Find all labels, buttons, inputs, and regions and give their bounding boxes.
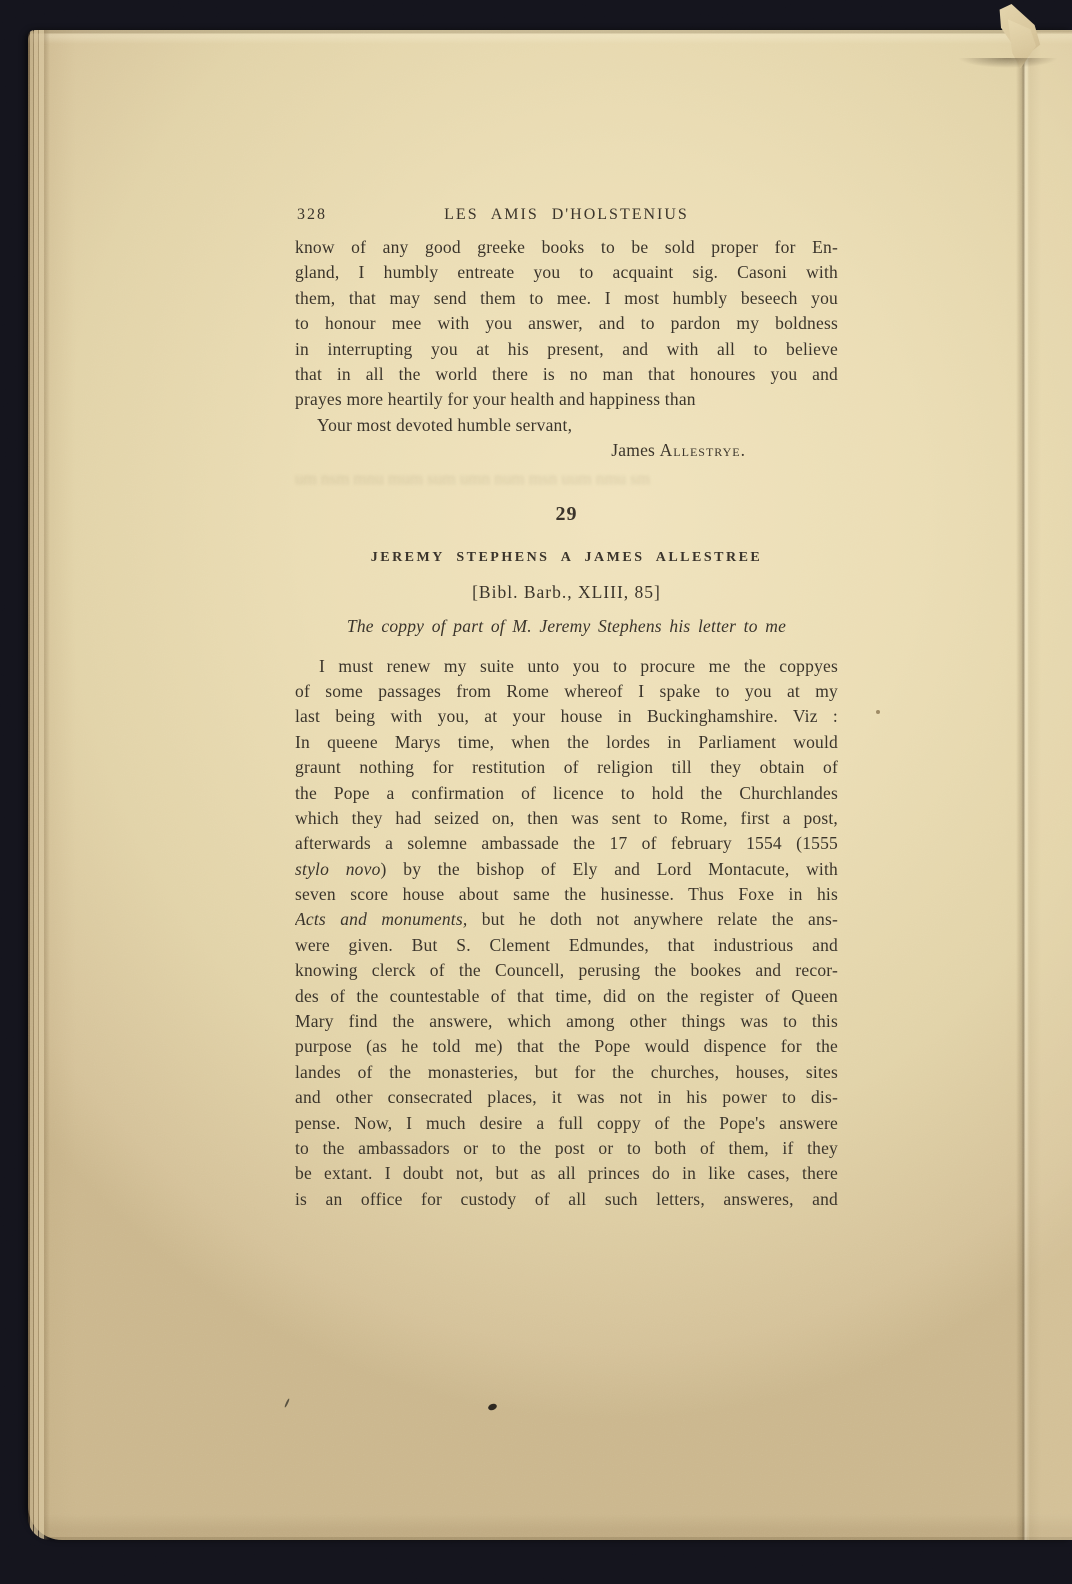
text-line: know of any good greeke books to be sold… bbox=[295, 235, 838, 260]
text-line: seven score house about same the husines… bbox=[295, 882, 838, 907]
section-reference: [Bibl. Barb., XLIII, 85] bbox=[295, 580, 838, 604]
facing-page-edge bbox=[1028, 32, 1072, 1540]
text-line: them, that may send them to mee. I most … bbox=[295, 286, 838, 311]
letter-signature: James Allestrye. bbox=[295, 438, 838, 463]
text-line: des of the countestable of that time, di… bbox=[295, 984, 838, 1009]
signature-first-name: James bbox=[611, 440, 659, 460]
text-line: landes of the monasteries, but for the c… bbox=[295, 1060, 838, 1085]
text-line: stylo novo) by the bishop of Ely and Lor… bbox=[295, 857, 838, 882]
torn-edge-shadow bbox=[958, 58, 1058, 68]
text-line: to the ambassadors or to the post or to … bbox=[295, 1136, 838, 1161]
ink-speck bbox=[487, 1403, 498, 1412]
section-heading: JEREMY STEPHENS A JAMES ALLESTREE bbox=[295, 548, 838, 568]
text-line: I must renew my suite unto you to procur… bbox=[295, 654, 838, 679]
page-number: 328 bbox=[297, 202, 327, 228]
printed-page-content: 328 LES AMIS D'HOLSTENIUS know of any go… bbox=[295, 202, 838, 1212]
running-header: 328 LES AMIS D'HOLSTENIUS bbox=[295, 202, 838, 228]
text-line: Mary find the answere, which among other… bbox=[295, 1009, 838, 1034]
text-line: prayes more heartily for your health and… bbox=[295, 387, 838, 412]
text-line: is an office for custody of all such let… bbox=[295, 1187, 838, 1212]
pencil-mark bbox=[284, 1398, 290, 1408]
section-number: 29 bbox=[295, 501, 838, 527]
text-line: to honour mee with you answer, and to pa… bbox=[295, 311, 838, 336]
text-line: be extant. I doubt not, but as all princ… bbox=[295, 1161, 838, 1186]
page-fold-crease bbox=[1016, 30, 1030, 1540]
text-line: afterwards a solemne ambassade the 17 of… bbox=[295, 831, 838, 856]
text-line: last being with you, at your house in Bu… bbox=[295, 704, 838, 729]
text-line: were given. But S. Clement Edmundes, tha… bbox=[295, 933, 838, 958]
text-line: which they had seized on, then was sent … bbox=[295, 806, 838, 831]
text-line: in interrupting you at his present, and … bbox=[295, 337, 838, 362]
letter-body-2: I must renew my suite unto you to procur… bbox=[295, 654, 838, 1213]
text-line: graunt nothing for restitution of religi… bbox=[295, 755, 838, 780]
text-line: the Pope a confirmation of licence to ho… bbox=[295, 781, 838, 806]
letter-body-1: know of any good greeke books to be sold… bbox=[295, 235, 838, 413]
text-line: and other consecrated places, it was not… bbox=[295, 1085, 838, 1110]
text-line: pense. Now, I much desire a full coppy o… bbox=[295, 1111, 838, 1136]
letter-closing: Your most devoted humble servant, bbox=[295, 413, 838, 438]
text-line: In queene Marys time, when the lordes in… bbox=[295, 730, 838, 755]
text-line: knowing clerck of the Councell, perusing… bbox=[295, 958, 838, 983]
book-page: um nsm mnu mum sum umn num msn uum nmu s… bbox=[28, 30, 1072, 1540]
section-subtitle: The coppy of part of M. Jeremy Stephens … bbox=[295, 614, 838, 638]
text-line: of some passages from Rome whereof I spa… bbox=[295, 679, 838, 704]
photo-background: um nsm mnu mum sum umn num msn uum nmu s… bbox=[0, 0, 1072, 1584]
running-title: LES AMIS D'HOLSTENIUS bbox=[295, 202, 838, 228]
signature-surname: Allestrye. bbox=[660, 440, 746, 460]
text-line: Acts and monuments, but he doth not anyw… bbox=[295, 907, 838, 932]
foxing-spot bbox=[876, 710, 880, 714]
page-stack-edges bbox=[28, 30, 50, 1540]
text-line: gland, I humbly entreate you to acquaint… bbox=[295, 260, 838, 285]
text-line: that in all the world there is no man th… bbox=[295, 362, 838, 387]
text-line: purpose (as he told me) that the Pope wo… bbox=[295, 1034, 838, 1059]
